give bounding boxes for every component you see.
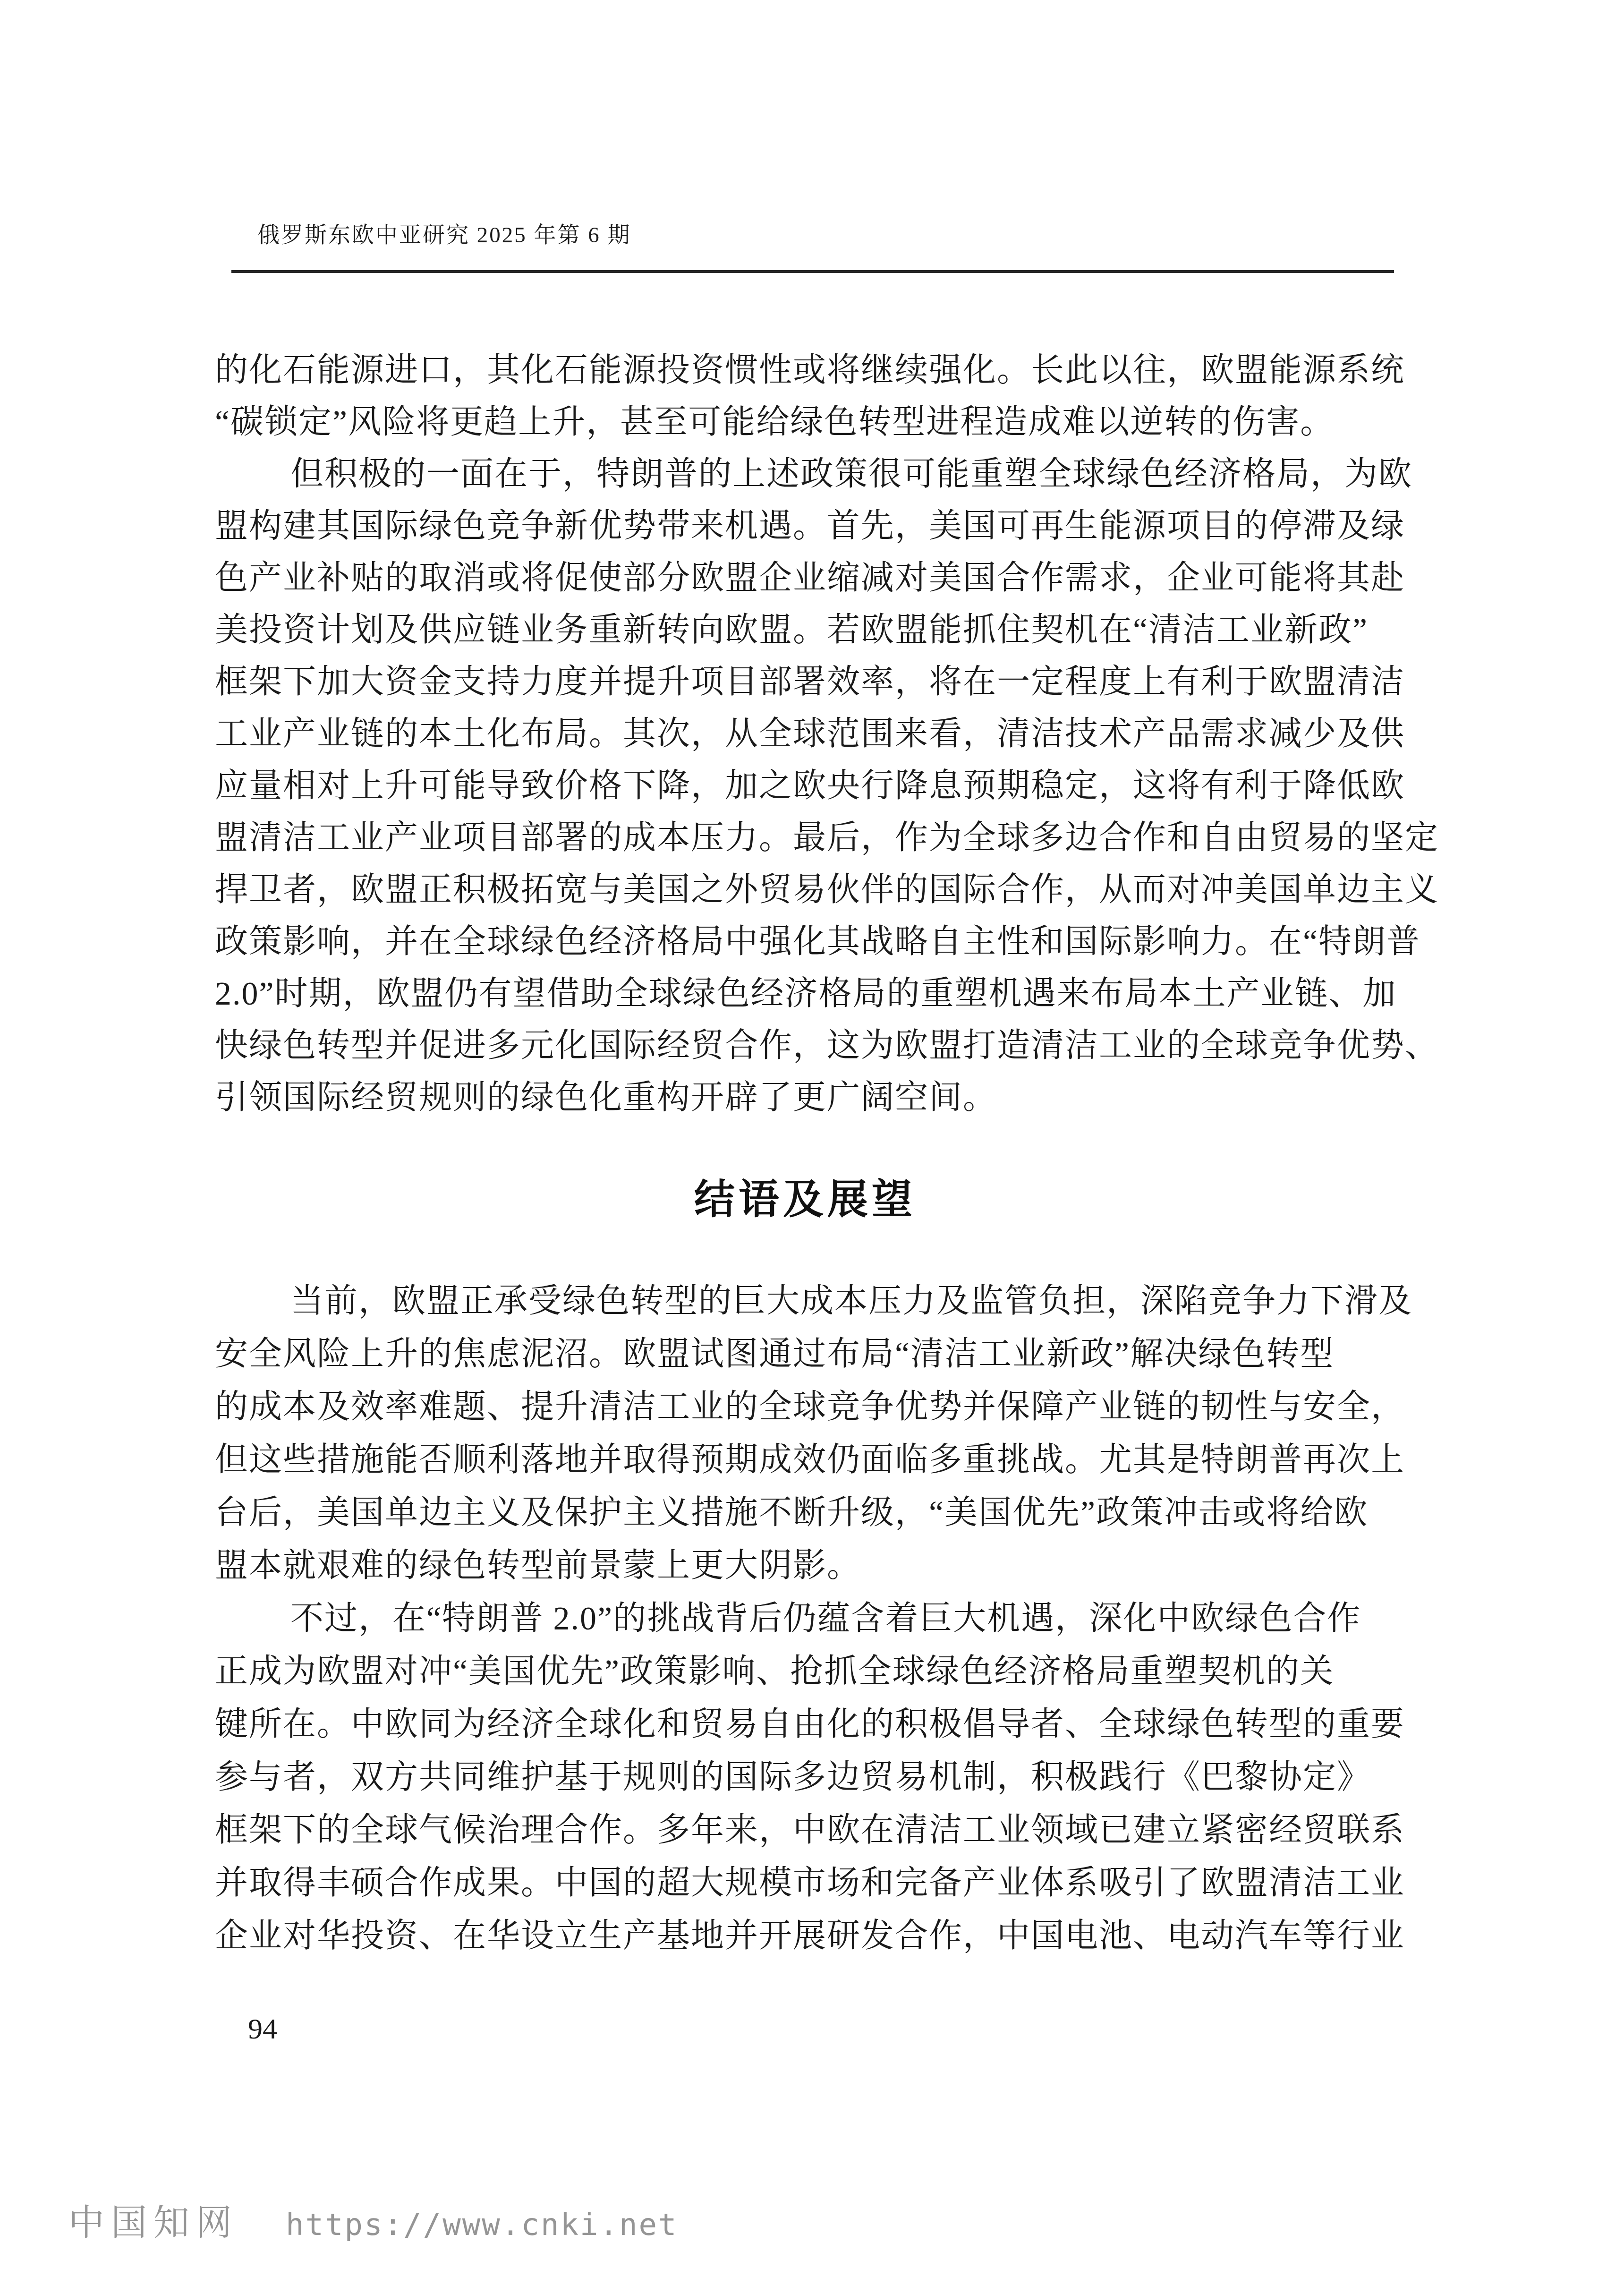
text-line: 框架下的全球气候治理合作。多年来，中欧在清洁工业领域已建立紧密经贸联系	[215, 1804, 1395, 1857]
text-line: “碳锁定”风险将更趋上升，甚至可能给绿色转型进程造成难以逆转的伤害。	[215, 397, 1395, 449]
text-line: 的化石能源进口，其化石能源投资惯性或将继续强化。长此以往，欧盟能源系统	[215, 345, 1395, 397]
text-line: 盟本就艰难的绿色转型前景蒙上更大阴影。	[215, 1540, 1395, 1593]
text-line: 框架下加大资金支持力度并提升项目部署效率，将在一定程度上有利于欧盟清洁	[215, 657, 1395, 708]
text-line: 捍卫者，欧盟正积极拓宽与美国之外贸易伙伴的国际合作，从而对冲美国单边主义	[215, 864, 1395, 916]
text-line: 但这些措施能否顺利落地并取得预期成效仍面临多重挑战。尤其是特朗普再次上	[215, 1434, 1395, 1487]
paragraph: 当前，欧盟正承受绿色转型的巨大成本压力及监管负担，深陷竞争力下滑及安全风险上升的…	[215, 1275, 1395, 1593]
text-line: 台后，美国单边主义及保护主义措施不断升级，“美国优先”政策冲击或将给欧	[215, 1487, 1395, 1540]
text-line: 键所在。中欧同为经济全球化和贸易自由化的积极倡导者、全球绿色转型的重要	[215, 1698, 1395, 1751]
text-line: 的成本及效率难题、提升清洁工业的全球竞争优势并保障产业链的韧性与安全，	[215, 1381, 1395, 1434]
cnki-watermark-text: 中国知网	[68, 2194, 238, 2245]
cnki-watermark-url: https://www.cnki.net	[286, 2208, 678, 2243]
text-line: 政策影响，并在全球绿色经济格局中强化其战略自主性和国际影响力。在“特朗普	[215, 916, 1395, 968]
journal-header: 俄罗斯东欧中亚研究 2025 年第 6 期	[257, 221, 631, 249]
text-line: 并取得丰硕合作成果。中国的超大规模市场和完备产业体系吸引了欧盟清洁工业	[215, 1857, 1395, 1910]
paragraph: 但积极的一面在于，特朗普的上述政策很可能重塑全球绿色经济格局，为欧盟构建其国际绿…	[215, 449, 1395, 1124]
text-line: 快绿色转型并促进多元化国际经贸合作，这为欧盟打造清洁工业的全球竞争优势、	[215, 1020, 1395, 1072]
page-number: 94	[215, 2008, 1395, 2050]
text-line: 应量相对上升可能导致价格下降，加之欧央行降息预期稳定，这将有利于降低欧	[215, 760, 1395, 812]
footer-watermark: 中国知网 https://www.cnki.net	[68, 2194, 678, 2245]
text-line: 当前，欧盟正承受绿色转型的巨大成本压力及监管负担，深陷竞争力下滑及	[215, 1275, 1395, 1328]
text-line: 安全风险上升的焦虑泥沼。欧盟试图通过布局“清洁工业新政”解决绿色转型	[215, 1328, 1395, 1381]
text-line: 2.0”时期，欧盟仍有望借助全球绿色经济格局的重塑机遇来布局本土产业链、加	[215, 968, 1395, 1020]
paragraph-continuation: 的化石能源进口，其化石能源投资惯性或将继续强化。长此以往，欧盟能源系统“碳锁定”…	[215, 345, 1395, 449]
text-line: 盟构建其国际绿色竞争新优势带来机遇。首先，美国可再生能源项目的停滞及绿	[215, 501, 1395, 553]
text-line: 参与者，双方共同维护基于规则的国际多边贸易机制，积极践行《巴黎协定》	[215, 1751, 1395, 1804]
journal-scan-page: 俄罗斯东欧中亚研究 2025 年第 6 期 的化石能源进口，其化石能源投资惯性或…	[0, 0, 1624, 2294]
paragraph: 不过，在“特朗普 2.0”的挑战背后仍蕴含着巨大机遇，深化中欧绿色合作正成为欧盟…	[215, 1593, 1395, 1963]
section-heading: 结语及展望	[215, 1174, 1395, 1226]
text-line: 引领国际经贸规则的绿色化重构开辟了更广阔空间。	[215, 1072, 1395, 1124]
header-rule	[231, 270, 1394, 273]
text-line: 色产业补贴的取消或将促使部分欧盟企业缩减对美国合作需求，企业可能将其赴	[215, 553, 1395, 605]
text-line: 正成为欧盟对冲“美国优先”政策影响、抢抓全球绿色经济格局重塑契机的关	[215, 1646, 1395, 1698]
text-line: 但积极的一面在于，特朗普的上述政策很可能重塑全球绿色经济格局，为欧	[215, 449, 1395, 501]
text-line: 企业对华投资、在华设立生产基地并开展研发合作，中国电池、电动汽车等行业	[215, 1910, 1395, 1963]
article-body: 的化石能源进口，其化石能源投资惯性或将继续强化。长此以往，欧盟能源系统“碳锁定”…	[215, 345, 1395, 2050]
text-line: 不过，在“特朗普 2.0”的挑战背后仍蕴含着巨大机遇，深化中欧绿色合作	[215, 1593, 1395, 1646]
text-line: 美投资计划及供应链业务重新转向欧盟。若欧盟能抓住契机在“清洁工业新政”	[215, 605, 1395, 657]
text-line: 工业产业链的本土化布局。其次，从全球范围来看，清洁技术产品需求减少及供	[215, 708, 1395, 760]
text-line: 盟清洁工业产业项目部署的成本压力。最后，作为全球多边合作和自由贸易的坚定	[215, 812, 1395, 864]
